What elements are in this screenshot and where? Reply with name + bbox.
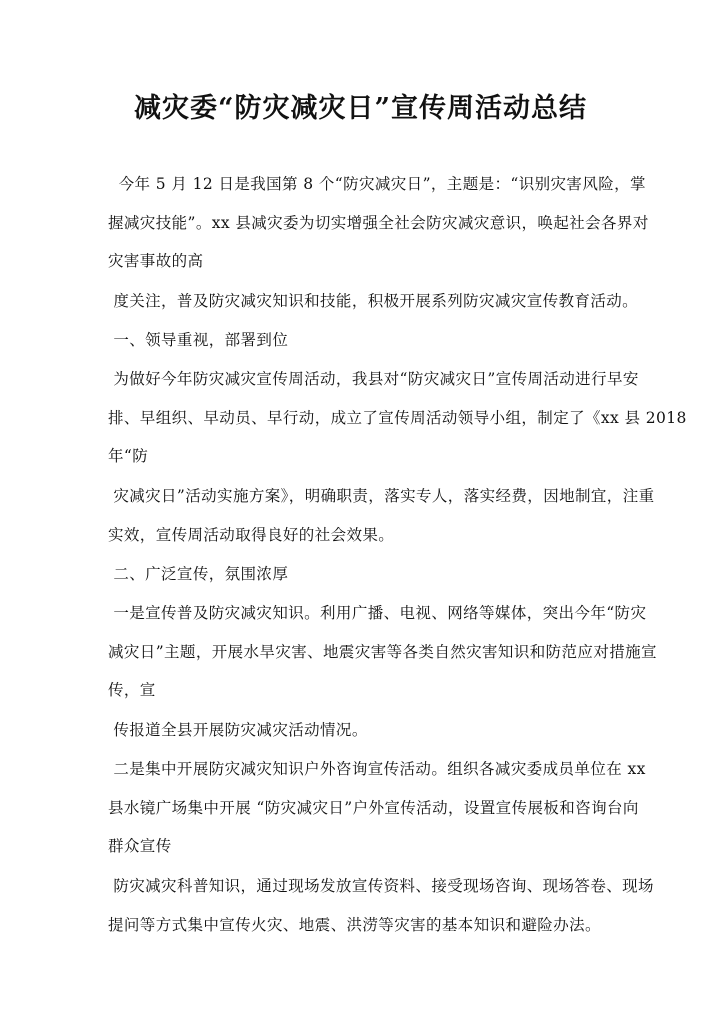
body-text-line: 减灾日”主题，开展水旱灾害、地震灾害等各类自然灾害知识和防范应对措施宣 [108, 640, 657, 662]
body-text-line: 握减灾技能”。xx 县减灾委为切实增强全社会防灾减灾意识，唤起社会各界对 [108, 211, 649, 233]
body-text-line: 一是宣传普及防灾减灾知识。利用广播、电视、网络等媒体，突出今年“防灾 [108, 601, 646, 623]
body-text-line: 传，宣 [108, 678, 156, 700]
body-text-line: 防灾减灾科普知识，通过现场发放宣传资料、接受现场咨询、现场答卷、现场 [108, 874, 654, 896]
body-text-line: 度关注，普及防灾减灾知识和技能，积极开展系列防灾减灾宣传教育活动。 [108, 289, 638, 311]
body-text-line: 二是集中开展防灾减灾知识户外咨询宣传活动。组织各减灾委成员单位在 xx [108, 757, 646, 779]
body-text-line: 二、广泛宣传，氛围浓厚 [108, 562, 288, 584]
body-text-line: 灾害事故的高 [108, 249, 203, 271]
body-text-line: 今年 5 月 12 日是我国第 8 个“防灾减灾日”，主题是：“识别灾害风险，掌 [108, 172, 646, 194]
body-text-line: 为做好今年防灾减灾宣传周活动，我县对“防灾减灾日”宣传周活动进行早安 [108, 367, 639, 389]
body-text-line: 群众宣传 [108, 834, 172, 856]
body-text-line: 传报道全县开展防灾减灾活动情况。 [108, 718, 368, 740]
body-text-line: 县水镜广场集中开展 “防灾减灾日”户外宣传活动，设置宣传展板和咨询台向 [108, 796, 639, 818]
body-text-line: 提问等方式集中宣传火灾、地震、洪涝等灾害的基本知识和避险办法。 [108, 913, 601, 935]
body-text-line: 实效，宣传周活动取得良好的社会效果。 [108, 523, 394, 545]
body-text-line: 排、早组织、早动员、早行动，成立了宣传周活动领导小组，制定了《xx 县 2018 [108, 406, 687, 428]
body-text-line: 年“防 [108, 444, 148, 466]
body-text-line: 灾减灾日”活动实施方案》，明确职责，落实专人，落实经费，因地制宜，注重 [108, 484, 655, 506]
document-title: 减灾委“防灾减灾日”宣传周活动总结 [0, 86, 721, 125]
body-text-line: 一、领导重视，部署到位 [108, 328, 288, 350]
